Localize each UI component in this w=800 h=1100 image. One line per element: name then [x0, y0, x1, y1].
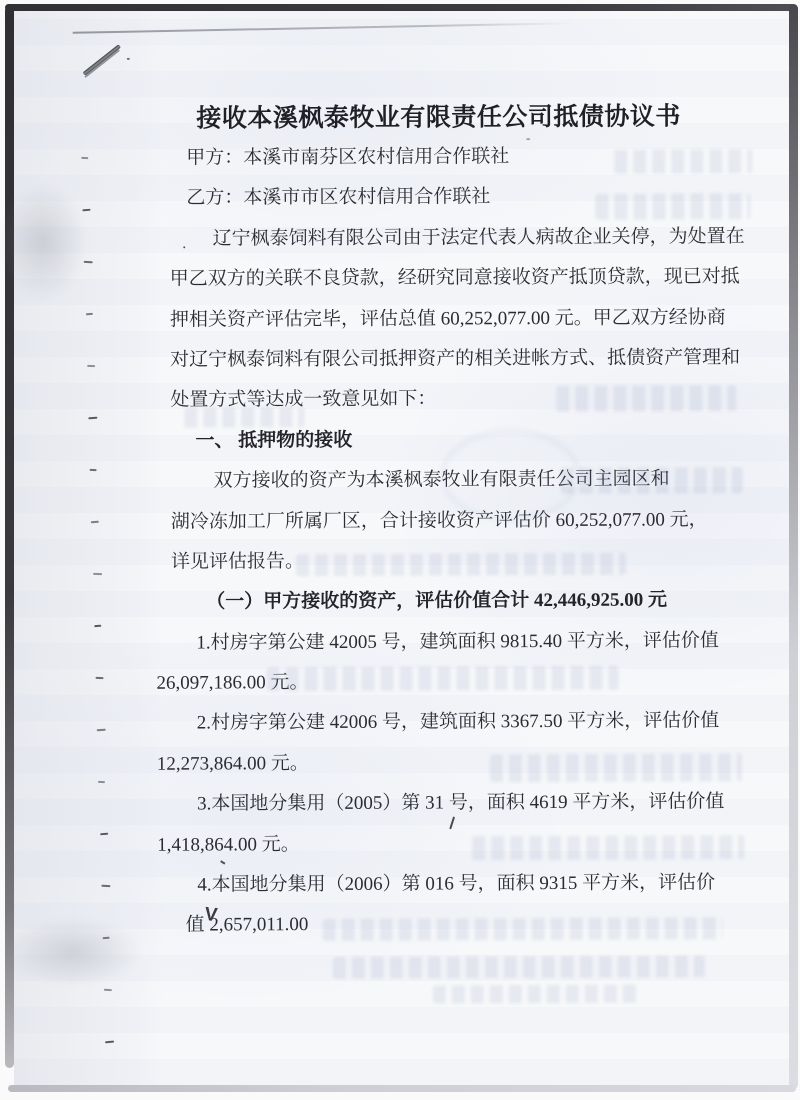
edge-dash-mark [104, 989, 112, 991]
edge-dash-mark [90, 469, 97, 471]
bleed-through-smudge [472, 835, 744, 860]
bleed-through-smudge [433, 985, 638, 1004]
paragraph-dot-mark: · [182, 240, 187, 258]
bleed-through-smudge [333, 955, 705, 979]
edge-dash-mark [97, 729, 106, 732]
text-line: 甲乙双方的关联不良贷款，经研究同意接收资产抵顶贷款，现已对抵 [150, 263, 790, 306]
bleed-through-smudge [323, 917, 723, 941]
edge-dash-mark [84, 261, 93, 263]
text-line: 2.村房字第公建 42006 号，建筑面积 3367.50 平方米，评估价值 [152, 707, 792, 750]
bleed-through-smudge [561, 467, 743, 494]
ink-speck [127, 58, 130, 60]
edge-dash-mark [85, 313, 92, 316]
edge-dash-mark [95, 677, 103, 679]
edge-dash-mark [98, 781, 105, 783]
bleed-through-smudge [556, 385, 736, 412]
edge-dash-mark [87, 365, 95, 367]
edge-dash-mark [91, 521, 99, 524]
edge-dash-mark [93, 573, 102, 575]
document-title: 接收本溪枫泰牧业有限责任公司抵债协议书 [171, 96, 706, 134]
edge-dash-mark [100, 833, 108, 836]
text-line: 对辽宁枫泰饲料有限公司抵押资产的相关进帐方式、抵债资产管理和 [150, 344, 790, 387]
ink-speck [526, 138, 530, 140]
edge-dash-mark [105, 1041, 114, 1044]
bleed-through-smudge [490, 753, 742, 782]
edge-dash-mark [94, 625, 101, 628]
page-content: 接收本溪枫泰牧业有限责任公司抵债协议书 甲方：本溪市南芬区农村信用合作联社 乙方… [13, 9, 793, 1086]
edge-dash-mark [101, 885, 110, 887]
text-line: 4.本国地分集用（2006）第 016 号，面积 9315 平方米，评估价 [152, 869, 792, 912]
pen-stroke-mark [83, 44, 122, 76]
text-line: 辽宁枫泰饲料有限公司由于法定代表人病故企业关停，为处置在 [150, 223, 790, 266]
bleed-through-smudge [184, 407, 304, 428]
text-line: （一）甲方接收的资产，评估价值合计 42,446,925.00 元 [151, 586, 791, 629]
scan-edge-smudge [3, 917, 143, 988]
edge-dash-mark [81, 157, 88, 159]
bleed-through-smudge [266, 666, 618, 692]
document-body: 甲方：本溪市南芬区农村信用合作联社 乙方：本溪市市区农村信用合作联社 辽宁枫泰饲… [149, 142, 793, 953]
handwritten-checkmark: V [203, 904, 218, 927]
text-line: 1.村房字第公建 42005 号，建筑面积 9815.40 平方米，评估价值 [151, 627, 791, 670]
scan-artifact-line [73, 22, 573, 33]
edge-dash-mark [88, 417, 97, 420]
paper: 接收本溪枫泰牧业有限责任公司抵债协议书 甲方：本溪市南芬区农村信用合作联社 乙方… [14, 11, 789, 1085]
bleed-through-smudge [595, 193, 750, 220]
scanned-document-page: 接收本溪枫泰牧业有限责任公司抵债协议书 甲方：本溪市南芬区农村信用合作联社 乙方… [0, 0, 800, 1100]
edge-dash-mark [83, 209, 91, 212]
scan-border-bottom [8, 1085, 796, 1092]
text-line: 押相关资产评估完毕，评估总值 60,252,077.00 元。甲乙双方经协商 [150, 304, 790, 347]
scan-edge-smudge [0, 182, 88, 302]
bleed-through-smudge [296, 553, 626, 576]
text-line: 3.本国地分集用（2005）第 31 号，面积 4619 平方米，评估价值 [152, 788, 792, 831]
bleed-through-smudge [614, 149, 752, 174]
